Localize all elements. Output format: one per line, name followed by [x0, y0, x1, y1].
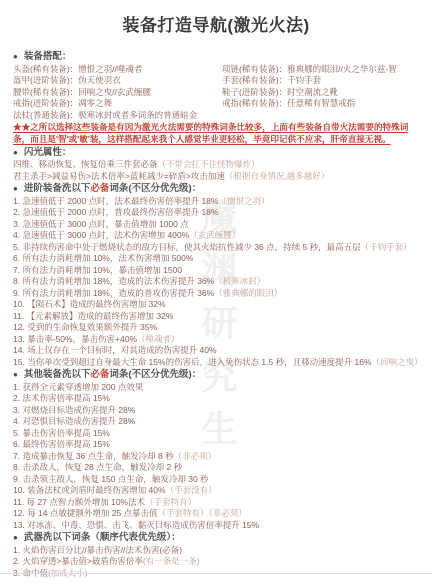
item-number: 11. — [13, 497, 27, 507]
item-note: （回响之曳） — [371, 357, 422, 367]
equip-slot-left: 腰带(稀有装备)：回响之曳//玄武缠腰 — [13, 87, 222, 99]
item-text: 装备法杖或剑盾时最终伤害增加 40% — [27, 485, 165, 495]
item-number: 11. — [13, 311, 27, 321]
list-item: 6. 所有法力消耗增加 10%，法术伤害增加 500% — [13, 253, 424, 265]
list-item: 9. 击杀领主敌人，恢复 150 点生命，触发冷却 30 秒 — [13, 474, 424, 486]
list-item: 6. 最终伤害倍率提高 15% — [13, 439, 424, 451]
item-note: （手套没有） — [166, 485, 217, 495]
item-number: 13. — [13, 520, 27, 530]
list-item: 11. 每 27 点智力额外增加 10%法术（手套特有） — [13, 497, 424, 509]
list-item: 14. 场上仅存在一个目标时，对其造成的伤害提升 40% — [13, 345, 424, 357]
heading-text: 进阶装备洗以下 — [24, 183, 91, 194]
item-text: 火焰穿透>暴击值>破盾伤害倍率 — [22, 556, 142, 566]
list-item: 3. 对燃烧目标造成伤害提升 28% — [13, 405, 424, 417]
bullet-icon: ● — [13, 148, 18, 157]
list-item: 3. 急速值低于 3000 点时，暴击值增加 1000 点 — [13, 219, 424, 231]
item-text: 所有法力消耗增加 10%，法术伤害增加 500% — [22, 253, 193, 263]
item-note: （噬魂者） — [137, 334, 180, 344]
item-number: 12. — [13, 508, 27, 518]
item-note: （非必须） — [174, 451, 217, 461]
heading-required-text: 必备 — [90, 369, 109, 380]
heading-text: 武器洗以下词条（顺序代表优先级）： — [24, 532, 181, 543]
bullet-icon: ● — [13, 533, 18, 542]
equip-row: 头盔(稀有装备)：憎恨之羽//噬魂者项链(稀有装备)：雅典娜的眼泪//火之华尔兹… — [13, 64, 424, 76]
equip-slot-right: 项链(稀有装备)：雅典娜的眼泪//火之华尔兹-智 — [222, 64, 424, 76]
attr-line: 君主杀手>减益易伤>法术倍率>蓝耗减少=碎盾>攻击加速（根据自身情况,越多越好） — [13, 171, 424, 183]
page-title: 装备打造导航(激光火法) — [0, 0, 432, 36]
item-text: 暴击率-50%，暴击伤害+40% — [27, 334, 137, 344]
list-item: 12. 受到的生命恢复效果额外提升 35% — [13, 322, 424, 334]
list-item: 13. 对冰冻、中毒、恐惧、击飞、黏灭目标造成伤害倍率提升 15% — [13, 520, 424, 532]
list-item: 4. 对恐惧目标造成伤害提升 28% — [13, 416, 424, 428]
item-text: 每 27 点智力额外增加 10%法术 — [27, 497, 146, 507]
item-note: （手套特有） — [145, 497, 196, 507]
item-text: 对冰冻、中毒、恐惧、击飞、黏灭目标造成伤害倍率提升 15% — [27, 520, 259, 530]
equip-slot-right: 鞋子(进阶装备)：时空潮流之靴 — [222, 87, 424, 99]
item-note: （雅典娜的眼泪） — [214, 288, 282, 298]
item-text: 每 14 点敏捷额外增加 25 点暴击值 — [27, 508, 157, 518]
equip-row: 腰带(稀有装备)：回响之曳//玄武缠腰鞋子(进阶装备)：时空潮流之靴 — [13, 87, 424, 99]
item-note: （玄武缠腰） — [189, 230, 240, 240]
bullet-icon: ● — [13, 370, 18, 379]
equip-slot-left: 盔甲(进阶装备)：伪天使羽衣 — [13, 75, 222, 87]
list-item: 1. 获得全元素穿透增加 200 点效果 — [13, 382, 424, 394]
list-item: 11. 【元素解放】造成的最终伤害增加 32% — [13, 311, 424, 323]
item-number: 12. — [13, 322, 27, 332]
equip-slot-left: 戒指(进阶装备)：凋零之舞 — [13, 98, 222, 110]
list-item: 1. 火焰伤害百分比//暴击伤害//法术伤害(必备) — [13, 545, 424, 557]
item-number: 10. — [13, 299, 27, 309]
document-page: { "page": { "title": "装备打造导航(激光火法)", "wa… — [0, 0, 432, 583]
section-heading-equip-setup: ●装备搭配： — [13, 50, 424, 64]
item-note: (有一条是一条) — [143, 556, 200, 566]
attr-line: 四维、移动恢复、恢复倍乘三件套必备（不带会扛不住怪物爆炸） — [13, 159, 424, 171]
list-item: 8. 击杀敌人，恢复 28 点生命，触发冷却 2 秒 — [13, 462, 424, 474]
attr-main: 君主杀手>减益易伤>法术倍率>蓝耗减少=碎盾>攻击加速 — [13, 171, 225, 181]
heading-required-text: 必备 — [90, 183, 109, 194]
item-text: 急速值低于 3000 点时，法术伤害增加 400% — [22, 230, 189, 240]
heading-text: 词条(不区分优先级)： — [109, 183, 201, 194]
section-heading-flash-attrs: ●闪光属性： — [13, 146, 424, 160]
item-text: 火焰伤害百分比//暴击伤害//法术伤害(必备) — [22, 545, 182, 555]
equip-slot-left: 头盔(稀有装备)：憎恨之羽//噬魂者 — [13, 64, 222, 76]
list-item: 8. 所有法力消耗增加 18%，造成的法术伤害提升 36%（极寒冰封） — [13, 276, 424, 288]
equip-slot-full: 法杖(普通装备)：极寒冰封或者多词条的普通暗金 — [13, 110, 424, 122]
attr-note: （不带会扛不住怪物爆炸） — [158, 159, 260, 169]
item-text: 最终伤害倍率提高 15% — [22, 439, 109, 449]
section-heading-weapon-affixes: ●武器洗以下词条（顺序代表优先级）： — [13, 531, 424, 545]
item-text: 当你单次受到超过自身最大生命 15%的伤害后，进入免伤状态 1.5 秒，且移动速… — [27, 357, 371, 367]
equip-row: 盔甲(进阶装备)：伪天使羽衣手套(稀有装备)：千钧手套 — [13, 75, 424, 87]
warning-note: ★★之所以选择这些装备是有因为激光火法需要的特殊词条比较多，上面有些装备自带火法… — [13, 121, 424, 146]
heading-text: 词条(不区分优先级)： — [109, 369, 201, 380]
list-item: 7. 所有法力消耗增加 10%，暴击值增加 1500 — [13, 265, 424, 277]
item-note: （千钧手套） — [361, 242, 412, 252]
list-item: 10. 【陨石术】造成的最终伤害增加 32% — [13, 299, 424, 311]
bullet-icon: ● — [13, 52, 18, 61]
item-text: 非持续伤害命中处于燃烧状态的敌方目标，使其火焰抗性减少 36 点，持续 5 秒，… — [22, 242, 360, 252]
item-number: 10. — [13, 485, 27, 495]
item-text: 对燃烧目标造成伤害提升 28% — [22, 405, 135, 415]
item-number: 14. — [13, 345, 27, 355]
section-heading-advanced-affixes: ●进阶装备洗以下必备词条(不区分优先级)： — [13, 182, 424, 196]
item-text: 急速值低于 3000 点时，暴击值增加 1000 点 — [22, 219, 188, 229]
list-item: 2. 急速值低于 2000 点时，普攻最终伤害倍率提升 18% — [13, 207, 424, 219]
item-text: 场上仅存在一个目标时，对其造成的伤害提升 40% — [27, 345, 216, 355]
list-item: 12. 每 14 点敏捷额外增加 25 点暴击值（手套特有）（非必须） — [13, 508, 424, 520]
item-text: 【陨石术】造成的最终伤害增加 32% — [27, 299, 165, 309]
item-text: 所有法力消耗增加 18%，造成的法术伤害提升 36% — [22, 276, 214, 286]
item-text: 暴击伤害倍率提高 15% — [22, 428, 109, 438]
list-item: 7. 造成暴击恢复 36 点生命，触发冷却 8 秒（非必须） — [13, 451, 424, 463]
equip-slot-right: 戒指(稀有装备)：任意稀有智慧戒指 — [222, 98, 424, 110]
list-item: 15. 当你单次受到超过自身最大生命 15%的伤害后，进入免伤状态 1.5 秒，… — [13, 357, 424, 369]
list-item: 5. 非持续伤害命中处于燃烧状态的敌方目标，使其火焰抗性减少 36 点，持续 5… — [13, 242, 424, 254]
list-item: 2. 法术伤害倍率提高 15% — [13, 393, 424, 405]
list-item: 10. 装备法杖或剑盾时最终伤害增加 40%（手套没有） — [13, 485, 424, 497]
bottom-divider — [0, 573, 432, 574]
item-text: 受到的生命恢复效果额外提升 35% — [27, 322, 157, 332]
section-heading-other-affixes: ●其他装备洗以下必备词条(不区分优先级)： — [13, 368, 424, 382]
heading-text: 装备搭配： — [24, 51, 72, 62]
equip-row: 戒指(进阶装备)：凋零之舞戒指(稀有装备)：任意稀有智慧戒指 — [13, 98, 424, 110]
item-note: （憎恨之羽） — [218, 196, 269, 206]
equip-slot-right: 手套(稀有装备)：千钧手套 — [222, 75, 424, 87]
item-text: 急速值低于 2000 点时，法术最终伤害倍率提升 18% — [22, 196, 218, 206]
item-text: 对恐惧目标造成伤害提升 28% — [22, 416, 135, 426]
list-item: 9. 所有法力消耗增加 18%，造成的普攻伤害提升 36%（雅典娜的眼泪） — [13, 288, 424, 300]
item-text: 所有法力消耗增加 10%，暴击值增加 1500 — [22, 265, 182, 275]
item-note: （手套特有）（非必须） — [158, 508, 247, 518]
item-text: 击杀领主敌人，恢复 150 点生命，触发冷却 30 秒 — [22, 474, 208, 484]
item-text: 急速值低于 2000 点时，普攻最终伤害倍率提升 18% — [22, 207, 218, 217]
list-item: 4. 急速值低于 3000 点时，法术伤害增加 400%（玄武缠腰） — [13, 230, 424, 242]
item-text: 所有法力消耗增加 18%，造成的普攻伤害提升 36% — [22, 288, 214, 298]
heading-text: 闪光属性： — [24, 147, 72, 158]
item-text: 【元素解放】造成的最终伤害增加 32% — [27, 311, 174, 321]
item-note: （极寒冰封） — [214, 276, 265, 286]
item-number: 15. — [13, 357, 27, 367]
list-item: 1. 急速值低于 2000 点时，法术最终伤害倍率提升 18%（憎恨之羽） — [13, 196, 424, 208]
item-number: 13. — [13, 334, 27, 344]
attr-note: （根据自身情况,越多越好） — [225, 171, 329, 181]
attr-main: 四维、移动恢复、恢复倍乘三件套必备 — [13, 159, 158, 169]
list-item: 5. 暴击伤害倍率提高 15% — [13, 428, 424, 440]
list-item: 13. 暴击率-50%，暴击伤害+40%（噬魂者） — [13, 334, 424, 346]
item-text: 法术伤害倍率提高 15% — [22, 393, 109, 403]
item-text: 造成暴击恢复 36 点生命，触发冷却 8 秒 — [22, 451, 173, 461]
content: ●装备搭配：头盔(稀有装备)：憎恨之羽//噬魂者项链(稀有装备)：雅典娜的眼泪/… — [13, 50, 424, 579]
heading-text: 其他装备洗以下 — [24, 369, 91, 380]
item-text: 获得全元素穿透增加 200 点效果 — [22, 382, 143, 392]
bullet-icon: ● — [13, 184, 18, 193]
item-text: 击杀敌人，恢复 28 点生命，触发冷却 2 秒 — [22, 462, 182, 472]
list-item: 2. 火焰穿透>暴击值>破盾伤害倍率(有一条是一条) — [13, 556, 424, 568]
